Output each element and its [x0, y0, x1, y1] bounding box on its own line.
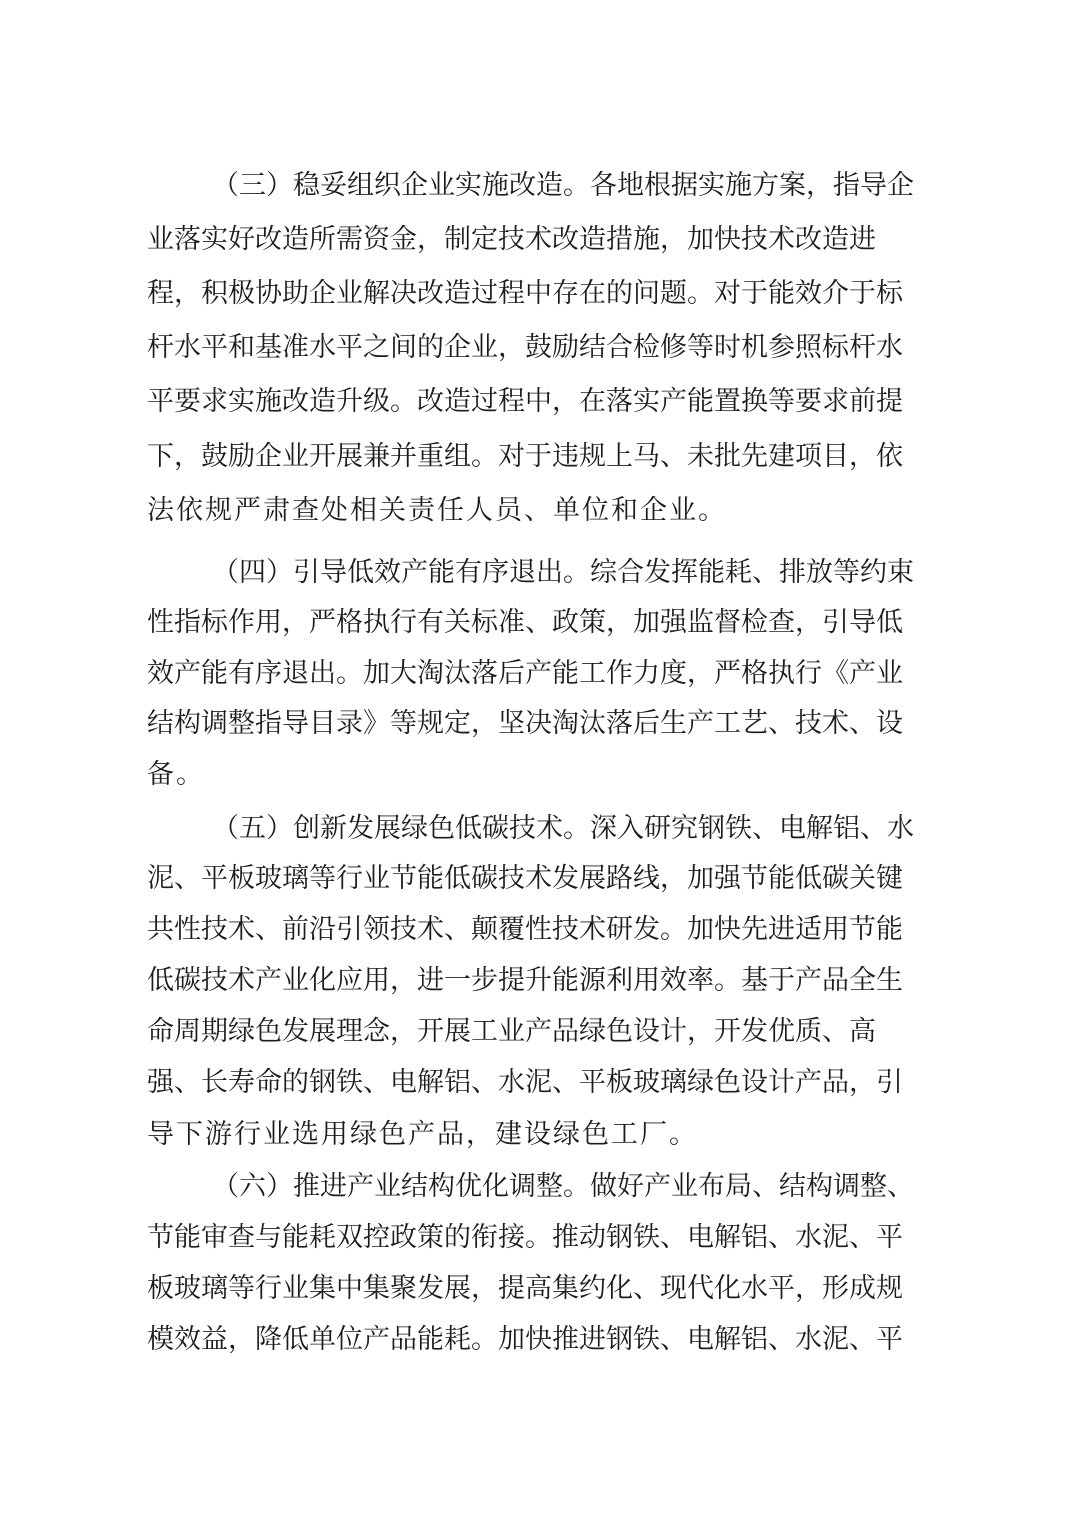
paragraph-line: 低碳技术产业化应用，进一步提升能源利用效率。基于产品全生: [147, 965, 932, 997]
paragraph-line: 板玻璃等行业集中集聚发展，提高集约化、现代化水平，形成规: [147, 1273, 932, 1305]
paragraph-text: 各地根据实施方案，指导企: [590, 170, 914, 201]
paragraph-line: 命周期绿色发展理念，开展工业产品绿色设计，开发优质、高: [147, 1016, 932, 1048]
paragraph-text: 深入研究钢铁、电解铝、水: [590, 813, 914, 844]
paragraph-line: 业落实好改造所需资金，制定技术改造措施，加快技术改造进: [147, 224, 932, 256]
paragraph-line: 下，鼓励企业开展兼并重组。对于违规上马、未批先建项目，依: [147, 441, 932, 473]
paragraph-heading: （六）推进产业结构优化调整。: [212, 1171, 590, 1202]
paragraph-heading: （三）稳妥组织企业实施改造。: [212, 170, 590, 201]
paragraph-line: 节能审查与能耗双控政策的衔接。推动钢铁、电解铝、水泥、平: [147, 1222, 932, 1254]
paragraph-line: 性指标作用，严格执行有关标准、政策，加强监督检查，引导低: [147, 607, 932, 639]
paragraph-line: 效产能有序退出。加大淘汰落后产能工作力度，严格执行《产业: [147, 658, 932, 690]
paragraph-line: （六）推进产业结构优化调整。做好产业布局、结构调整、: [212, 1171, 932, 1203]
paragraph-text: 做好产业布局、结构调整、: [590, 1171, 914, 1202]
paragraph-line: 泥、平板玻璃等行业节能低碳技术发展路线，加强节能低碳关键: [147, 863, 932, 895]
paragraph-heading: （四）引导低效产能有序退出。: [212, 557, 590, 588]
paragraph-text: 综合发挥能耗、排放等约束: [590, 557, 914, 588]
paragraph-heading: （五）创新发展绿色低碳技术。: [212, 813, 590, 844]
document-page: （三）稳妥组织企业实施改造。各地根据实施方案，指导企 业落实好改造所需资金，制定…: [0, 0, 1080, 1526]
paragraph-line: 共性技术、前沿引领技术、颠覆性技术研发。加快先进适用节能: [147, 914, 932, 946]
paragraph-line: （四）引导低效产能有序退出。综合发挥能耗、排放等约束: [212, 557, 932, 589]
paragraph-line: 结构调整指导目录》等规定，坚决淘汰落后生产工艺、技术、设: [147, 708, 932, 740]
paragraph-line: 模效益，降低单位产品能耗。加快推进钢铁、电解铝、水泥、平: [147, 1324, 932, 1356]
paragraph-line: 强、长寿命的钢铁、电解铝、水泥、平板玻璃绿色设计产品，引: [147, 1067, 932, 1099]
paragraph-line: 平要求实施改造升级。改造过程中，在落实产能置换等要求前提: [147, 386, 932, 418]
paragraph-line: （五）创新发展绿色低碳技术。深入研究钢铁、电解铝、水: [212, 813, 932, 845]
paragraph-line: 程，积极协助企业解决改造过程中存在的问题。对于能效介于标: [147, 278, 932, 310]
paragraph-line: （三）稳妥组织企业实施改造。各地根据实施方案，指导企: [212, 170, 932, 202]
paragraph-line: 杆水平和基准水平之间的企业，鼓励结合检修等时机参照标杆水: [147, 332, 932, 364]
paragraph-line: 备。: [147, 759, 932, 791]
paragraph-line: 法依规严肃查处相关责任人员、单位和企业。: [147, 495, 932, 527]
paragraph-line: 导下游行业选用绿色产品，建设绿色工厂。: [147, 1119, 932, 1151]
